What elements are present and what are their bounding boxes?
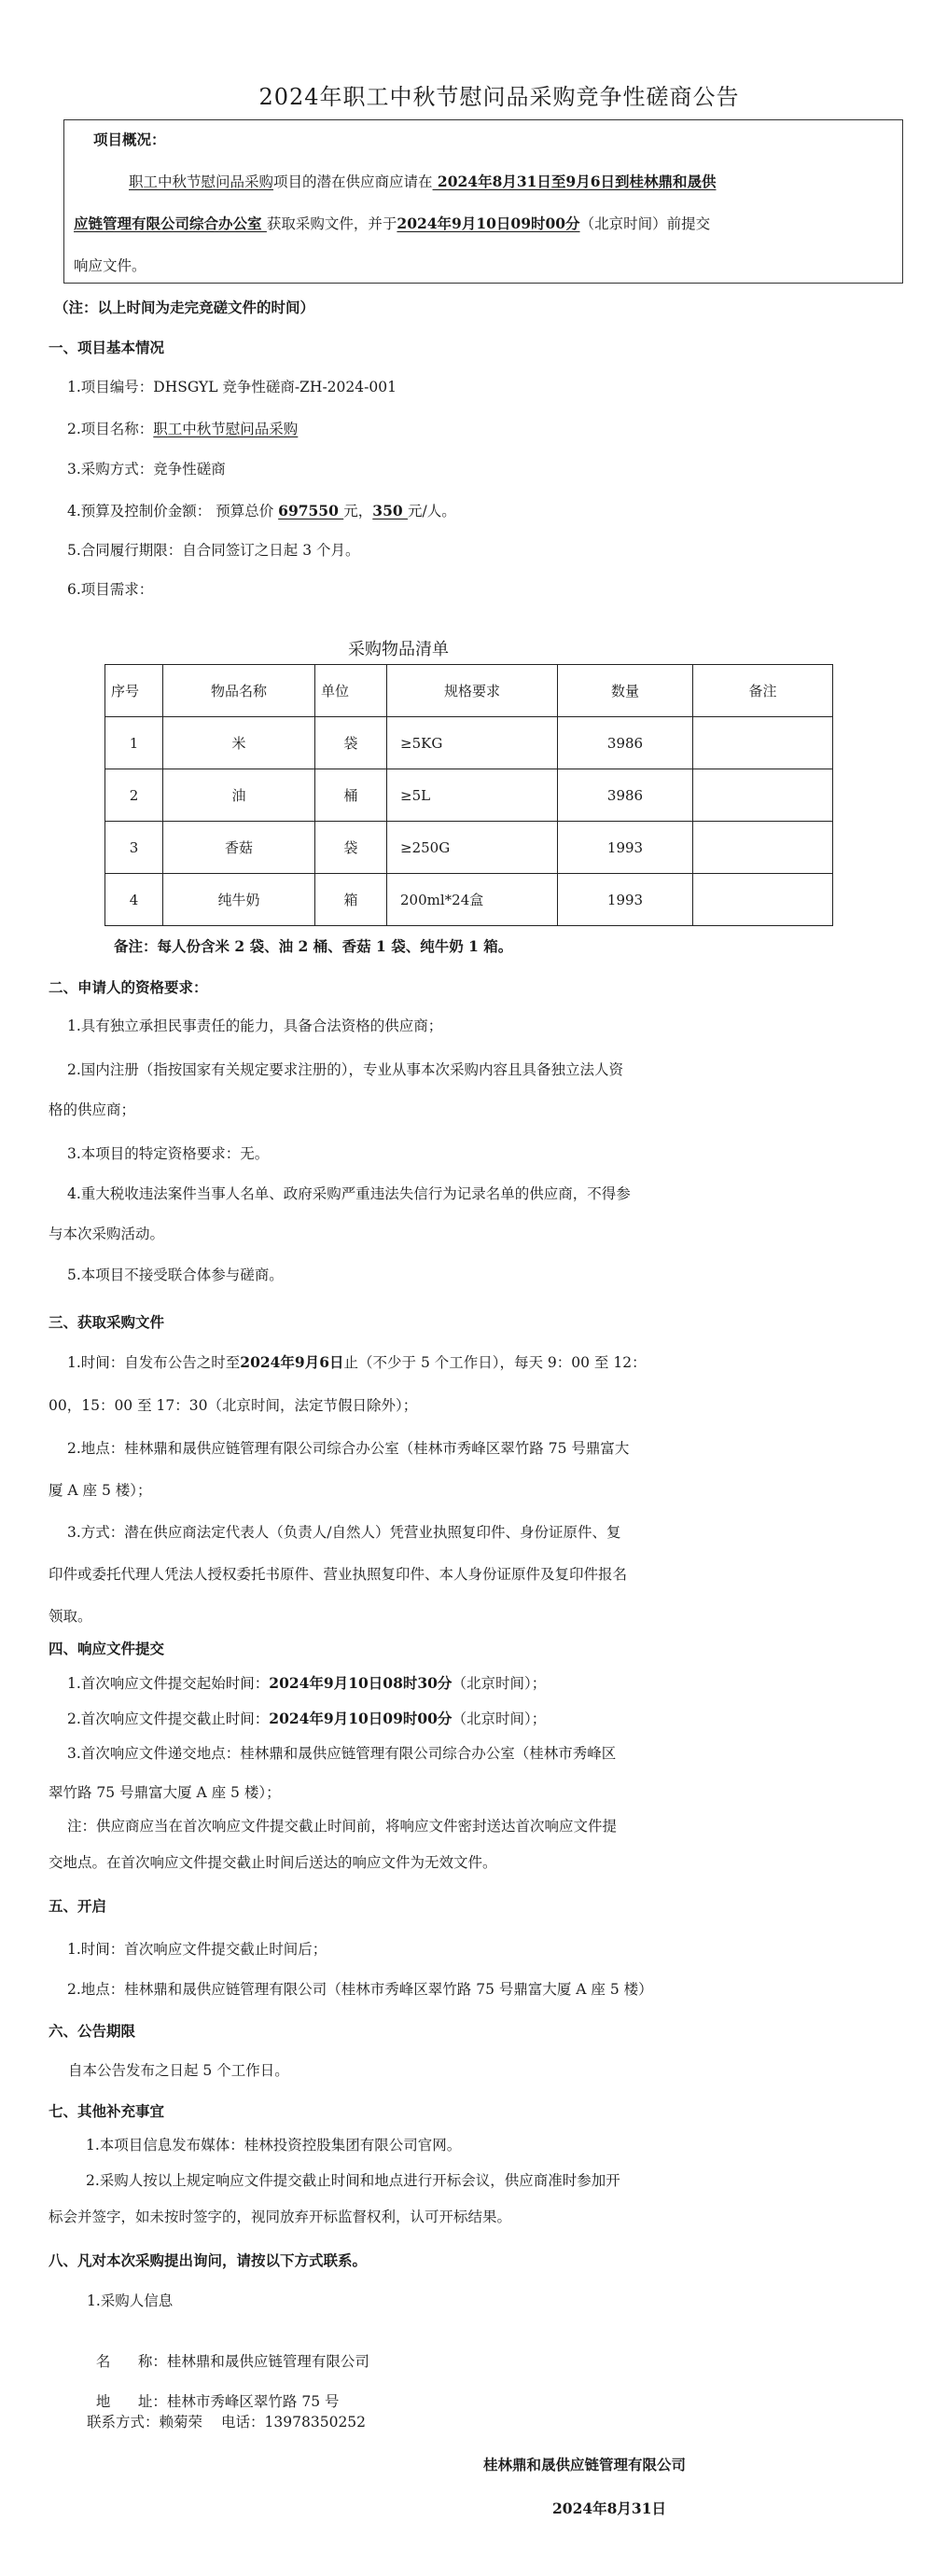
- section-4-heading: 四、响应文件提交: [49, 1638, 164, 1658]
- overview-pickup-location: 应链管理有限公司综合办公室: [74, 215, 267, 232]
- cell-spec: 200ml*24盒: [387, 874, 558, 926]
- s2-item-2-cont: 格的供应商；: [49, 1100, 135, 1120]
- header-cell: 备注: [693, 665, 833, 717]
- cell-spec: ≥250G: [387, 822, 558, 874]
- section-7-heading: 七、其他补充事宜: [49, 2100, 164, 2121]
- section-5-heading: 五、开启: [49, 1895, 106, 1916]
- purchaser-address: 地 址：桂林市秀峰区翠竹路 75 号: [87, 2371, 340, 2412]
- items-table: 序号 物品名称 单位 规格要求 数量 备注 1 米 袋 ≥5KG 3986 2 …: [104, 664, 833, 926]
- purchaser-name: 名 称：桂林鼎和晟供应链管理有限公司: [87, 2331, 369, 2372]
- s4-note-cont: 交地点。在首次响应文件提交截止时间后送达的响应文件为无效文件。: [49, 1852, 497, 1873]
- cell-remark: [693, 822, 833, 874]
- s7-item-2-cont: 标会并签字，如未按时签字的，视同放弃开标监督权利，认可开标结果。: [49, 2207, 511, 2227]
- budget-per-person: 350: [372, 502, 408, 519]
- s6-text: 自本公告发布之日起 5 个工作日。: [68, 2060, 289, 2081]
- s5-item-2: 2.地点：桂林鼎和晟供应链管理有限公司（桂林市秀峰区翠竹路 75 号鼎富大厦 A…: [67, 1979, 653, 2000]
- cell-index: 4: [105, 874, 163, 926]
- section-2-heading: 二、申请人的资格要求：: [49, 976, 208, 997]
- overview-line-3: 响应文件。: [74, 256, 146, 276]
- start-time-label: 1.首次响应文件提交起始时间：: [67, 1675, 269, 1692]
- cell-item: 米: [163, 717, 315, 769]
- table-note: 备注：每人份含米 2 袋、油 2 桶、香菇 1 袋、纯牛奶 1 箱。: [114, 936, 512, 957]
- s2-item-3: 3.本项目的特定资格要求：无。: [67, 1143, 269, 1164]
- s5-item-1: 1.时间：首次响应文件提交截止时间后；: [67, 1939, 327, 1960]
- table-row: 1 米 袋 ≥5KG 3986: [105, 717, 833, 769]
- cell-qty: 1993: [558, 822, 693, 874]
- budget-unit: 元，: [343, 503, 372, 519]
- s3-item-1: 1.时间：自发布公告之时至2024年9月6日止（不少于 5 个工作日），每天 9…: [67, 1352, 647, 1373]
- name-label: 名 称：: [96, 2353, 167, 2370]
- section-8-heading: 八、凡对本次采购提出询问，请按以下方式联系。: [49, 2250, 367, 2270]
- s7-item-1: 1.本项目信息发布媒体：桂林投资控股集团有限公司官网。: [86, 2135, 461, 2155]
- s4-item-3: 3.首次响应文件递交地点：桂林鼎和晟供应链管理有限公司综合办公室（桂林市秀峰区: [67, 1743, 616, 1764]
- cell-unit: 箱: [315, 874, 387, 926]
- cell-item: 香菇: [163, 822, 315, 874]
- overview-text: （北京时间）前提交: [580, 215, 711, 232]
- address-value: 桂林市秀峰区翠竹路 75 号: [167, 2393, 340, 2410]
- signature-company: 桂林鼎和晟供应链管理有限公司: [483, 2455, 686, 2475]
- s3-item-3-cont: 印件或委托代理人凭法人授权委托书原件、营业执照复印件、本人身份证原件及复印件报名: [49, 1564, 627, 1585]
- s3-item-3-cont2: 领取。: [49, 1606, 92, 1627]
- cell-item: 纯牛奶: [163, 874, 315, 926]
- table-caption: 采购物品清单: [348, 636, 449, 660]
- s1-item-3: 3.采购方式：竞争性磋商: [67, 459, 226, 479]
- s3-item-1-text: 止（不少于 5 个工作日），每天 9：00 至 12：: [344, 1354, 647, 1371]
- section-1-heading: 一、项目基本情况: [49, 337, 164, 357]
- s2-item-4-cont: 与本次采购活动。: [49, 1224, 164, 1244]
- cell-index: 2: [105, 769, 163, 822]
- cell-unit: 桶: [315, 769, 387, 822]
- cell-spec: ≥5L: [387, 769, 558, 822]
- table-row: 2 油 桶 ≥5L 3986: [105, 769, 833, 822]
- cell-remark: [693, 874, 833, 926]
- s3-item-2: 2.地点：桂林鼎和晟供应链管理有限公司综合办公室（桂林市秀峰区翠竹路 75 号鼎…: [67, 1438, 629, 1459]
- s3-item-3: 3.方式：潜在供应商法定代表人（负责人/自然人）凭营业执照复印件、身份证原件、复: [67, 1522, 621, 1543]
- section-3-heading: 三、获取采购文件: [49, 1311, 164, 1332]
- cell-qty: 3986: [558, 769, 693, 822]
- header-cell: 数量: [558, 665, 693, 717]
- header-cell: 物品名称: [163, 665, 315, 717]
- s2-item-1: 1.具有独立承担民事责任的能力，具备合法资格的供应商；: [67, 1016, 442, 1036]
- start-time-value: 2024年9月10日08时30分: [269, 1674, 452, 1692]
- cell-index: 3: [105, 822, 163, 874]
- s4-item-3-cont: 翠竹路 75 号鼎富大厦 A 座 5 楼）；: [49, 1782, 281, 1803]
- overview-deadline: 2024年9月10日09时00分: [397, 215, 579, 232]
- table-header-row: 序号 物品名称 单位 规格要求 数量 备注: [105, 665, 833, 717]
- overview-text: 项目的潜在供应商应请在: [273, 173, 433, 190]
- s4-item-2: 2.首次响应文件提交截止时间：2024年9月10日09时00分（北京时间）；: [67, 1709, 546, 1729]
- s4-item-1: 1.首次响应文件提交起始时间：2024年9月10日08时30分（北京时间）；: [67, 1673, 546, 1694]
- header-cell: 规格要求: [387, 665, 558, 717]
- deadline-label: 2.首次响应文件提交截止时间：: [67, 1710, 269, 1727]
- table-row: 3 香菇 袋 ≥250G 1993: [105, 822, 833, 874]
- name-value: 桂林鼎和晟供应链管理有限公司: [167, 2353, 369, 2370]
- page-title: 2024年职工中秋节慰问品采购竞争性磋商公告: [224, 78, 774, 111]
- header-cell: 单位: [315, 665, 387, 717]
- s2-item-2: 2.国内注册（指按国家有关规定要求注册的），专业从事本次采购内容且具备独立法人资: [67, 1059, 623, 1080]
- address-label: 地 址：: [96, 2393, 167, 2410]
- signature-date: 2024年8月31日: [552, 2499, 666, 2519]
- table-row: 4 纯牛奶 箱 200ml*24盒 1993: [105, 874, 833, 926]
- purchaser-contact: 联系方式：赖菊荣电话：13978350252: [87, 2412, 366, 2432]
- s3-item-2-cont: 厦 A 座 5 楼）；: [49, 1480, 152, 1501]
- s1-item-2: 2.项目名称：职工中秋节慰问品采购: [67, 419, 298, 439]
- s1-item-2-label: 2.项目名称：: [67, 421, 153, 437]
- s3-item-1-date: 2024年9月6日: [240, 1353, 343, 1371]
- time-note: （注：以上时间为走完竞磋文件的时间）: [54, 298, 314, 318]
- overview-line-2: 应链管理有限公司综合办公室 获取采购文件，并于2024年9月10日09时00分（…: [74, 214, 710, 234]
- project-name-link: 职工中秋节慰问品采购: [129, 173, 273, 190]
- overview-line-1: 职工中秋节慰问品采购项目的潜在供应商应请在 2024年8月31日至9月6日到桂林…: [129, 172, 717, 192]
- s2-item-5: 5.本项目不接受联合体参与磋商。: [67, 1265, 284, 1285]
- s3-item-1-cont: 00，15：00 至 17：30（北京时间，法定节假日除外）；: [49, 1395, 417, 1416]
- s7-item-2: 2.采购人按以上规定响应文件提交截止时间和地点进行开标会议，供应商准时参加开: [86, 2170, 620, 2191]
- cell-index: 1: [105, 717, 163, 769]
- cell-unit: 袋: [315, 822, 387, 874]
- cell-remark: [693, 769, 833, 822]
- s1-item-2-value: 职工中秋节慰问品采购: [153, 421, 298, 437]
- purchaser-info-title: 1.采购人信息: [87, 2291, 173, 2311]
- deadline-value: 2024年9月10日09时00分: [269, 1710, 452, 1727]
- overview-text: 获取采购文件，并于: [267, 215, 397, 232]
- cell-qty: 1993: [558, 874, 693, 926]
- overview-label: 项目概况：: [93, 130, 166, 150]
- timezone-note: （北京时间）；: [452, 1710, 546, 1727]
- project-overview-box: [63, 119, 903, 284]
- s3-item-1-text: 1.时间：自发布公告之时至: [67, 1354, 240, 1371]
- cell-unit: 袋: [315, 717, 387, 769]
- s1-item-4: 4.预算及控制价金额： 预算总价 697550 元，350 元/人。: [67, 501, 456, 521]
- cell-spec: ≥5KG: [387, 717, 558, 769]
- timezone-note: （北京时间）；: [452, 1675, 546, 1692]
- budget-per-unit: 元/人。: [408, 503, 456, 519]
- s1-item-1: 1.项目编号：DHSGYL 竞争性磋商-ZH-2024-001: [67, 377, 397, 397]
- budget-label: 4.预算及控制价金额： 预算总价: [67, 503, 278, 519]
- section-6-heading: 六、公告期限: [49, 2020, 135, 2041]
- contact-label: 联系方式：: [87, 2414, 160, 2431]
- s2-item-4: 4.重大税收违法案件当事人名单、政府采购严重违法失信行为记录名单的供应商，不得参: [67, 1184, 631, 1204]
- budget-total: 697550: [278, 502, 343, 519]
- contact-person: 赖菊荣: [160, 2414, 203, 2431]
- cell-item: 油: [163, 769, 315, 822]
- cell-remark: [693, 717, 833, 769]
- phone-label: 电话：: [221, 2414, 265, 2431]
- header-cell: 序号: [105, 665, 163, 717]
- phone-value: 13978350252: [265, 2414, 366, 2431]
- cell-qty: 3986: [558, 717, 693, 769]
- s1-item-5: 5.合同履行期限：自合同签订之日起 3 个月。: [67, 540, 360, 561]
- s1-item-6: 6.项目需求：: [67, 579, 153, 600]
- overview-pickup-period: 2024年8月31日至9月6日到桂林鼎和晟供: [433, 173, 717, 190]
- s4-note: 注：供应商应当在首次响应文件提交截止时间前，将响应文件密封送达首次响应文件提: [67, 1816, 617, 1836]
